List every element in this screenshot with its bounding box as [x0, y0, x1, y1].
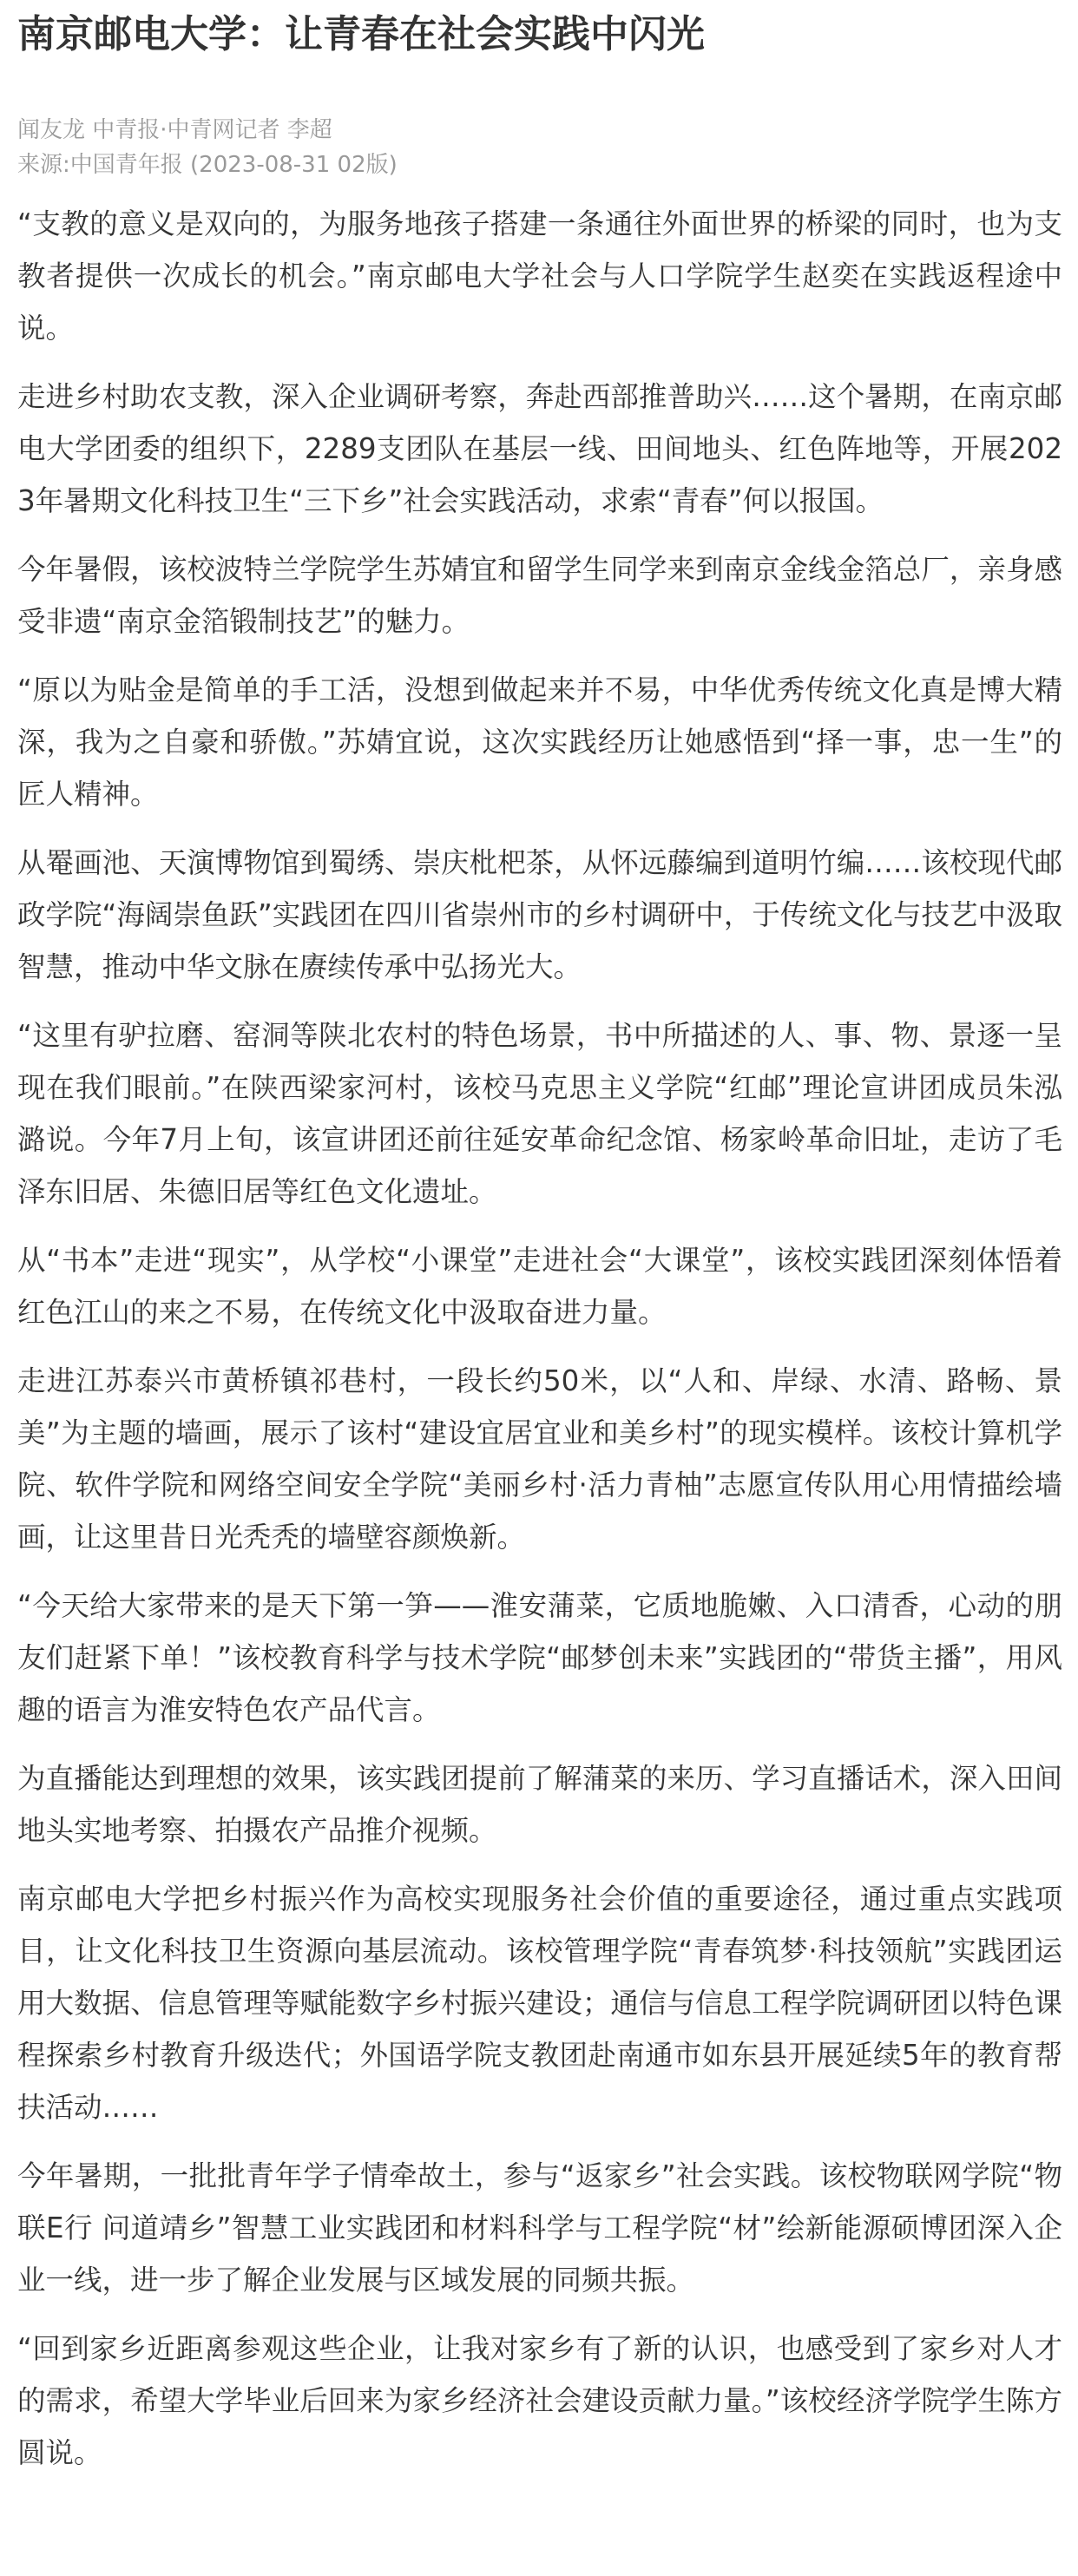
paragraph: 为直播能达到理想的效果，该实践团提前了解蒲菜的来历、学习直播话术，深入田间地头实… — [17, 1752, 1062, 1856]
paragraph: 走进乡村助农支教，深入企业调研考察，奔赴西部推普助兴……这个暑期，在南京邮电大学… — [17, 371, 1062, 527]
paragraph: “支教的意义是双向的，为服务地孩子搭建一条通往外面世界的桥梁的同时，也为支教者提… — [17, 198, 1062, 354]
paragraph: “回到家乡近距离参观这些企业，让我对家乡有了新的认识，也感受到了家乡对人才的需求… — [17, 2323, 1062, 2479]
paragraph: “今天给大家带来的是天下第一笋——淮安蒲菜，它质地脆嫩、入口清香，心动的朋友们赶… — [17, 1580, 1062, 1736]
paragraph: 今年暑假，该校波特兰学院学生苏婧宜和留学生同学来到南京金线金箔总厂，亲身感受非遗… — [17, 543, 1062, 647]
byline: 闻友龙 中青报·中青网记者 李超 — [17, 113, 1062, 148]
paragraph: 从“书本”走进“现实”，从学校“小课堂”走进社会“大课堂”，该校实践团深刻体悟着… — [17, 1234, 1062, 1338]
article-body: “支教的意义是双向的，为服务地孩子搭建一条通往外面世界的桥梁的同时，也为支教者提… — [17, 198, 1062, 2479]
paragraph: 南京邮电大学把乡村振兴作为高校实现服务社会价值的重要途径，通过重点实践项目，让文… — [17, 1873, 1062, 2133]
article-meta: 闻友龙 中青报·中青网记者 李超 来源:中国青年报 (2023-08-31 02… — [17, 113, 1062, 182]
article-title: 南京邮电大学：让青春在社会实践中闪光 — [17, 0, 1062, 62]
paragraph: “这里有驴拉磨、窑洞等陕北农村的特色场景，书中所描述的人、事、物、景逐一呈现在我… — [17, 1009, 1062, 1218]
source-line: 来源:中国青年报 (2023-08-31 02版) — [17, 148, 1062, 182]
paragraph: 走进江苏泰兴市黄桥镇祁巷村，一段长约50米，以“人和、岸绿、水清、路畅、景美”为… — [17, 1355, 1062, 1563]
article: 南京邮电大学：让青春在社会实践中闪光 闻友龙 中青报·中青网记者 李超 来源:中… — [0, 0, 1078, 2479]
paragraph: 今年暑期，一批批青年学子情牵故土，参与“返家乡”社会实践。该校物联网学院“物联E… — [17, 2150, 1062, 2306]
paragraph: “原以为贴金是简单的手工活，没想到做起来并不易，中华优秀传统文化真是博大精深，我… — [17, 664, 1062, 820]
paragraph: 从罨画池、天演博物馆到蜀绣、崇庆枇杷茶，从怀远藤编到道明竹编……该校现代邮政学院… — [17, 837, 1062, 993]
